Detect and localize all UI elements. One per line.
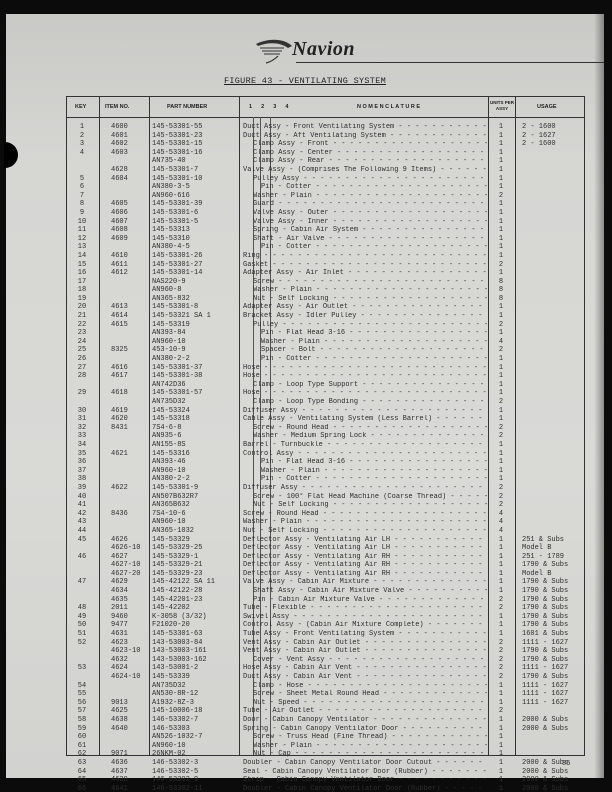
item-no-cell: 9013 [111,699,128,708]
key-cell: 5 [67,175,97,184]
part-number-cell: 145-42202 [152,604,190,613]
units-cell: 1 [494,415,508,424]
key-cell: 66 [67,785,97,792]
key-cell: 15 [67,261,97,270]
part-number-cell: 145-42201-23 [152,596,202,605]
part-number-cell: 145-53301-57 [152,389,202,398]
table-row: 474629145-42122 SA 11Valve Assy - Cabin … [67,578,584,587]
nomenclature-cell: Valve Assy - Outer - - - - - - - - - - -… [253,209,487,218]
units-cell: 1 [494,407,508,416]
part-number-cell: AN380-2-2 [152,355,190,364]
nomenclature-cell: Bracket Assy - Idler Pulley - - - - - - … [243,312,487,321]
key-cell: 55 [67,690,97,699]
table-row: 38AN380-2-2Pin - Cotter - - - - - - - - … [67,475,584,484]
key-cell: 38 [67,475,97,484]
binder-hole [4,142,18,168]
table-row: 54604145-53301-10Pulley Assy - - - - - -… [67,175,584,184]
table-row: 18AN960-8Washer - Plain - - - - - - - - … [67,286,584,295]
table-row: 44AN365-1032Nut - Self Locking - - - - -… [67,527,584,536]
nomenclature-cell: Washer - Plain - - - - - - - - - - - - -… [261,338,487,347]
units-cell: 2 [494,484,508,493]
units-cell: 2 [494,501,508,510]
key-cell: 59 [67,725,97,734]
key-cell: 1 [67,123,97,132]
table-row: 4627-20145-53329-23Deflector Assy - Vent… [67,570,584,579]
part-number-cell: 145-53329 [152,536,190,545]
col-item-no: ITEM NO. [105,104,129,110]
part-number-cell: 146-53302-3 [152,759,198,768]
item-no-cell: 4603 [111,149,128,158]
item-no-cell: 9460 [111,613,128,622]
usage-cell: 1111 - 1627 [522,699,568,708]
key-cell: 54 [67,682,97,691]
nomenclature-cell: Cover - Vent Assy - - - - - - - - - - - … [253,656,487,665]
table-row: 7AN960-616Washer - Plain - - - - - - - -… [67,192,584,201]
table-row: 304619145-53324Diffuser Assy - - - - - -… [67,407,584,416]
table-row: 114608145-53313Spring - Cabin Air System… [67,226,584,235]
table-row: 14600145-53301-55Duct Assy - Front Venti… [67,123,584,132]
item-no-cell: 4611 [111,261,128,270]
part-number-cell: AN960-616 [152,192,190,201]
part-number-cell: 145-53324 [152,407,190,416]
nomenclature-cell: Deflector Assy - Ventilating Air LH - - … [243,536,487,545]
key-cell: 42 [67,510,97,519]
units-cell: 2 [494,192,508,201]
catalog-page: Navion FIGURE 43 - VENTILATING SYSTEM KE… [6,14,604,778]
nomenclature-cell: Strip - Cabin Canopy Ventilator Door - -… [243,776,487,785]
nomenclature-cell: Pin - Cotter - - - - - - - - - - - - - -… [261,475,487,484]
nomenclature-cell: Clamp Assy - Front - - - - - - - - - - -… [253,140,487,149]
part-number-cell: A1932-8Z-3 [152,699,194,708]
nomenclature-cell: Guard - - - - - - - - - - - - - - - - - … [253,200,487,209]
key-cell: 52 [67,639,97,648]
table-row: 534624143-53001-2Hose Assy - Cabin Air V… [67,664,584,673]
table-row: 482011145-42202Tube - Flexible - - - - -… [67,604,584,613]
units-cell: 1 [494,458,508,467]
key-cell: 63 [67,759,97,768]
nomenclature-cell: Doubler - Cabin Canopy Ventilator Door C… [243,759,487,768]
table-row: 34602145-53301-15Clamp Assy - Front - - … [67,140,584,149]
nomenclature-cell: Duct Assy - Front Ventilating System - -… [243,123,487,132]
nomenclature-cell: Diffuser Assy - - - - - - - - - - - - - … [243,407,487,416]
table-row: 164612145-53301-14Adapter Assy - Air Inl… [67,269,584,278]
part-number-cell: K-3058 (3/32) [152,613,207,622]
key-cell: 65 [67,776,97,785]
item-no-cell: 4616 [111,364,128,373]
table-row: 19AN365-832Nut - Self Locking - - - - - … [67,295,584,304]
item-no-cell: 4635 [111,596,128,605]
item-no-cell: 4626 [111,536,128,545]
units-cell: 8 [494,286,508,295]
header-rule [296,62,604,63]
usage-cell: 1790 & Subs [522,621,568,630]
units-cell: 1 [494,553,508,562]
table-row: 26AN380-2-2Pin - Cotter - - - - - - - - … [67,355,584,364]
part-number-cell: F21020-20 [152,621,190,630]
nomenclature-cell: Nut - Self Locking - - - - - - - - - - -… [253,501,487,510]
usage-cell: 1790 & Subs [522,647,568,656]
units-cell: 1 [494,725,508,734]
part-number-cell: 145-10006-18 [152,707,202,716]
key-cell: 19 [67,295,97,304]
item-no-cell: 4637 [111,768,128,777]
col-usage: USAGE [537,104,557,110]
part-number-cell: 143-53003-161 [152,647,207,656]
key-cell: 18 [67,286,97,295]
nomenclature-cell: Control Assy - (Cabin Air Mixture Comple… [243,621,487,630]
item-no-cell: 4624-10 [111,673,140,682]
key-cell: 40 [67,493,97,502]
item-no-cell: 4612 [111,269,128,278]
table-row: 4626-10145-53329-25Deflector Assy - Vent… [67,544,584,553]
nomenclature-cell: Adapter Assy - Air Outlet - - - - - - - … [243,303,487,312]
item-no-cell: 4614 [111,312,128,321]
table-row: 3284317S4-6-8Screw - Round Head - - - - … [67,424,584,433]
key-cell: 46 [67,553,97,562]
units-cell: 1 [494,450,508,459]
table-row: 284617145-53301-38Hose - - - - - - - - -… [67,372,584,381]
units-cell: 1 [494,166,508,175]
table-row: 33AN935-6Washer - Medium Spring Lock - -… [67,432,584,441]
table-row: 36AN393-46Pin - Flat Head 3-16 - - - - -… [67,458,584,467]
units-cell: 1 [494,149,508,158]
part-number-cell: 145-53301-8 [152,303,198,312]
nomenclature-cell: Swivel Assy - - - - - - - - - - - - - - … [243,613,487,622]
nomenclature-cell: Duct Assy - Cabin Air Vent - - - - - - -… [243,673,487,682]
item-no-cell: 8325 [111,346,128,355]
key-cell: 26 [67,355,97,364]
units-cell: 1 [494,364,508,373]
item-no-cell: 4621 [111,450,128,459]
units-cell: 1 [494,441,508,450]
table-row: 224615145-53319Pulley - - - - - - - - - … [67,321,584,330]
key-cell: 14 [67,252,97,261]
table-row: 4284367S4-10-6Screw - Round Head - - - -… [67,510,584,519]
nomenclature-cell: Washer - Plain - - - - - - - - - - - - -… [253,286,487,295]
table-row: 62907126NKM-02Nut - Cap - - - - - - - - … [67,750,584,759]
units-cell: 1 [494,243,508,252]
units-cell: 2 [494,639,508,648]
table-row: 394622145-53301-9Diffuser Assy - - - - -… [67,484,584,493]
nomenclature-cell: Screw - Round Head - - - - - - - - - - -… [243,510,487,519]
usage-cell: 1111 - 1627 [522,682,568,691]
usage-cell: 251 & Subs [522,536,564,545]
usage-cell: 1790 & Subs [522,656,568,665]
part-number-cell: 145-53329-1 [152,553,198,562]
key-cell: 8 [67,200,97,209]
nomenclature-cell: Nut - Cap - - - - - - - - - - - - - - - … [253,750,487,759]
item-no-cell: 8436 [111,510,128,519]
part-number-cell: AN530-8R-12 [152,690,198,699]
nomenclature-cell: Nut - Self Locking - - - - - - - - - - -… [253,295,487,304]
nomenclature-cell: Washer - Plain - - - - - - - - - - - - -… [243,518,487,527]
part-number-cell: 145-53301-55 [152,123,202,132]
key-cell: 31 [67,415,97,424]
key-cell: 44 [67,527,97,536]
table-row: 124609145-53310Shaft - Air Valve - - - -… [67,235,584,244]
part-number-cell: AN960-8 [152,286,181,295]
key-cell: 3 [67,140,97,149]
usage-cell: 2000 & Subs [522,725,568,734]
nomenclature-cell: Clamp Assy - Rear - - - - - - - - - - - … [253,157,487,166]
units-cell: 2 [494,493,508,502]
item-no-cell: 4604 [111,175,128,184]
part-number-cell: AN960-10 [152,518,186,527]
part-number-cell: 146-53302-11 [152,785,202,792]
usage-cell: 1790 & Subs [522,604,568,613]
key-cell: 61 [67,742,97,751]
item-no-cell: 4634 [111,587,128,596]
key-cell: 22 [67,321,97,330]
key-cell: 4 [67,149,97,158]
col-units-per-assy: UNITS PER ASSY [487,100,517,112]
part-number-cell: 145-53329-25 [152,544,202,553]
units-cell: 2 [494,346,508,355]
units-cell: 4 [494,527,508,536]
nomenclature-cell: Hose - - - - - - - - - - - - - - - - - -… [243,372,487,381]
col-levels: 1 2 3 4 [249,104,290,110]
item-no-cell: 4632 [111,656,128,665]
item-no-cell: 4629 [111,578,128,587]
part-number-cell: 145-53321 SA 1 [152,312,211,321]
item-no-cell: 4623-10 [111,647,140,656]
nomenclature-cell: Pin - Flat Head 3-16 - - - - - - - - - -… [261,329,487,338]
nomenclature-cell: Doubler - Cabin Canopy Ventilator Door (… [243,785,487,792]
item-no-cell: 2011 [111,604,128,613]
item-no-cell: 4628 [111,166,128,175]
item-no-cell: 4627 [111,553,128,562]
key-cell: 43 [67,518,97,527]
item-no-cell: 4618 [111,389,128,398]
item-no-cell: 4627-20 [111,570,140,579]
table-row: 314620145-53318Cable Assy - Ventilating … [67,415,584,424]
table-row: 60AN526-1032-7Screw - Truss Head (Fine T… [67,733,584,742]
units-cell: 1 [494,690,508,699]
usage-cell: 1790 & Subs [522,596,568,605]
units-cell: 1 [494,682,508,691]
usage-cell: Model B [522,544,551,553]
figure-title: FIGURE 43 - VENTILATING SYSTEM [6,76,604,86]
units-cell: 2 [494,604,508,613]
usage-cell: 1601 & Subs [522,630,568,639]
part-number-cell: AN365B632 [152,501,190,510]
part-number-cell: 145-53301-10 [152,175,202,184]
part-number-cell: 143-53003-84 [152,639,202,648]
part-number-cell: 7S4-10-6 [152,510,186,519]
usage-cell: 2000 & Subs [522,776,568,785]
part-number-cell: 145-53301-37 [152,364,202,373]
part-number-cell: 145-53310 [152,235,190,244]
units-cell: 8 [494,278,508,287]
nomenclature-cell: Door - Cabin Canopy Ventilator - - - - -… [243,716,487,725]
nomenclature-cell: Hose - - - - - - - - - - - - - - - - - -… [243,389,487,398]
table-header: KEY ITEM NO. PART NUMBER 1 2 3 4 N O M E… [67,97,584,118]
nomenclature-cell: Diffuser Assy - - - - - - - - - - - - - … [243,484,487,493]
key-cell: 33 [67,432,97,441]
part-number-cell: AN935-6 [152,432,181,441]
nomenclature-cell: Washer - Plain - - - - - - - - - - - - -… [253,192,487,201]
col-key: KEY [75,104,86,110]
table-row: 84605145-53301-39Guard - - - - - - - - -… [67,200,584,209]
part-number-cell: 145-53301-15 [152,140,202,149]
nomenclature-cell: Barrel - Turnbuckle - - - - - - - - - - … [243,441,487,450]
table-row: 54AN735D32Clamp - Hose - - - - - - - - -… [67,682,584,691]
part-number-cell: 145-53301-16 [152,149,202,158]
col-part-number: PART NUMBER [167,104,207,110]
key-cell: 20 [67,303,97,312]
key-cell: 62 [67,750,97,759]
table-row: 23AN393-84Pin - Flat Head 3-16 - - - - -… [67,329,584,338]
table-row: 354621145-53316Control Assy - - - - - - … [67,450,584,459]
part-number-cell: AN380-4-5 [152,243,190,252]
key-cell: 25 [67,346,97,355]
part-number-cell: 145-53301-6 [152,209,198,218]
units-cell: 1 [494,578,508,587]
table-row: 34AN155-8SBarrel - Turnbuckle - - - - - … [67,441,584,450]
item-no-cell: 4602 [111,140,128,149]
nomenclature-cell: Pin - Cotter - - - - - - - - - - - - - -… [261,355,487,364]
units-cell: 4 [494,338,508,347]
units-cell: 2 [494,664,508,673]
key-cell: 64 [67,768,97,777]
usage-cell: 1790 & Subs [522,561,568,570]
part-number-cell: 453-10-9 [152,346,186,355]
key-cell: 21 [67,312,97,321]
item-no-cell: 4605 [111,200,128,209]
units-cell: 1 [494,200,508,209]
key-cell: 6 [67,183,97,192]
part-number-cell: AN365-1032 [152,527,194,536]
item-no-cell: 4639 [111,776,128,785]
table-row: AN742D36Clamp - Loop Type Support - - - … [67,381,584,390]
nomenclature-cell: Valve Assy - Inner - - - - - - - - - - -… [253,218,487,227]
units-cell: 2 [494,647,508,656]
units-cell: 1 [494,699,508,708]
table-row: 644637146-53302-5Seal - Cabin Canopy Ven… [67,768,584,777]
usage-cell: 2000 & Subs [522,768,568,777]
part-number-cell: 145-53319 [152,321,190,330]
units-cell: 1 [494,759,508,768]
part-number-cell: 143-53003-162 [152,656,207,665]
part-number-cell: AN960-10 [152,467,186,476]
item-no-cell: 4638 [111,716,128,725]
units-cell: 4 [494,518,508,527]
units-cell: 1 [494,140,508,149]
units-cell: 2 [494,432,508,441]
nomenclature-cell: Screw - 100° Flat Head Machine (Coarse T… [253,493,487,502]
item-no-cell: 4626-10 [111,544,140,553]
units-cell: 2 [494,424,508,433]
table-row: 294618145-53301-57Hose - - - - - - - - -… [67,389,584,398]
table-body: 14600145-53301-55Duct Assy - Front Venti… [67,123,584,792]
part-number-cell: AN735D32 [152,682,186,691]
nomenclature-cell: Shaft Assy - Cabin Air Mixture Valve - -… [253,587,487,596]
key-cell: 47 [67,578,97,587]
table-row: 55AN530-8R-12Screw - Sheet Metal Round H… [67,690,584,699]
table-row: 24601145-53301-23Duct Assy - Aft Ventila… [67,132,584,141]
units-cell: 1 [494,613,508,622]
units-cell: 1 [494,587,508,596]
part-number-cell: 145-53301-23 [152,132,202,141]
nomenclature-cell: Pin - Cotter - - - - - - - - - - - - - -… [261,183,487,192]
table-row: 43AN960-10Washer - Plain - - - - - - - -… [67,518,584,527]
item-no-cell: 4623 [111,639,128,648]
units-cell: 1 [494,475,508,484]
nomenclature-cell: Hose Assy - Cabin Air Vent - - - - - - -… [243,664,487,673]
nomenclature-cell: Valve Assy - Cabin Air Mixture - - - - -… [243,578,487,587]
item-no-cell: 4610 [111,252,128,261]
table-row: 258325453-10-9Spacer - Bolt - - - - - - … [67,346,584,355]
part-number-cell: 26NKM-02 [152,750,186,759]
nomenclature-cell: Ring - - - - - - - - - - - - - - - - - -… [243,252,487,261]
page-edge-shadow [594,14,604,778]
parts-table: KEY ITEM NO. PART NUMBER 1 2 3 4 N O M E… [66,96,585,756]
table-row: 154611145-53301-27Gasket - - - - - - - -… [67,261,584,270]
key-cell: 50 [67,621,97,630]
item-no-cell: 4620 [111,415,128,424]
table-row: 594640146-53303Spring - Cabin Canopy Ven… [67,725,584,734]
table-row: 94606145-53301-6Valve Assy - Outer - - -… [67,209,584,218]
nomenclature-cell: Tube - Air Outlet - - - - - - - - - - - … [243,707,487,716]
col-nomenclature: N O M E N C L A T U R E [357,104,420,110]
key-cell: 41 [67,501,97,510]
item-no-cell: 9071 [111,750,128,759]
part-number-cell: AN507B632R7 [152,493,198,502]
table-row: 4623-10143-53003-161Vent Assy - Cabin Ai… [67,647,584,656]
part-number-cell: AN380-2-2 [152,475,190,484]
units-cell: 1 [494,269,508,278]
table-row: 17NAS220-9Screw - - - - - - - - - - - - … [67,278,584,287]
nomenclature-cell: Valve Assy - (Comprises The Following 9 … [243,166,487,175]
units-cell: 1 [494,750,508,759]
part-number-cell: 145-53301-7 [152,166,198,175]
nomenclature-cell: Pin - Cabin Air Mixture Valve - - - - - … [253,596,487,605]
table-row: 13AN380-4-5Pin - Cotter - - - - - - - - … [67,243,584,252]
key-cell: 53 [67,664,97,673]
units-cell: 2 [494,321,508,330]
part-number-cell: AN960-10 [152,742,186,751]
nomenclature-cell: Screw - Round Head - - - - - - - - - - -… [253,424,487,433]
table-row: 509477F21020-20Control Assy - (Cabin Air… [67,621,584,630]
units-cell: 1 [494,226,508,235]
wing-icon [254,36,294,66]
page-number: 85 [562,760,570,768]
key-cell: 2 [67,132,97,141]
units-cell: 1 [494,776,508,785]
table-row: 40AN507B632R7Screw - 100° Flat Head Mach… [67,493,584,502]
usage-cell: 1790 & Subs [522,673,568,682]
units-cell: 1 [494,536,508,545]
part-number-cell: 145-53313 [152,226,190,235]
units-cell: 8 [494,295,508,304]
part-number-cell: AN365-832 [152,295,190,304]
nomenclature-cell: Nut - Self Locking - - - - - - - - - - -… [243,527,487,536]
usage-cell: 1790 & Subs [522,613,568,622]
item-no-cell: 4624 [111,664,128,673]
table-row: 654639146-53302-9Strip - Cabin Canopy Ve… [67,776,584,785]
usage-cell: 2 - 1627 [522,132,556,141]
table-row: AN735-40Clamp Assy - Rear - - - - - - - … [67,157,584,166]
part-number-cell: 145-53301-63 [152,630,202,639]
nomenclature-cell: Washer - Plain - - - - - - - - - - - - -… [261,467,487,476]
part-number-cell: 7S4-6-8 [152,424,181,433]
part-number-cell: 145-53301-9 [152,484,198,493]
usage-cell: 2000 & Subs [522,785,568,792]
nomenclature-cell: Adapter Assy - Air Inlet - - - - - - - -… [243,269,487,278]
item-no-cell: 4622 [111,484,128,493]
units-cell: 1 [494,389,508,398]
nomenclature-cell: Vent Assy - Cabin Air Outlet - - - - - -… [243,647,487,656]
